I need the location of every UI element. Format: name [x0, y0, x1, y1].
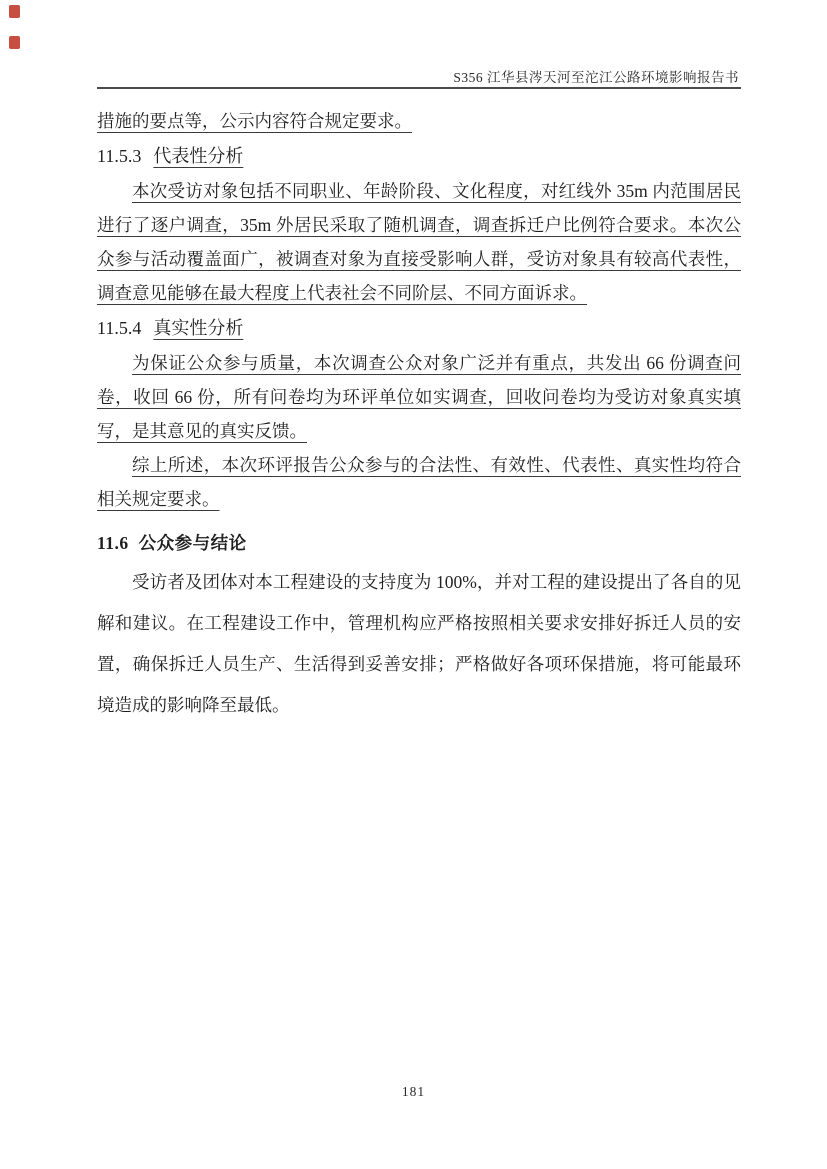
heading-number: 11.6	[97, 533, 129, 553]
heading-title: 公众参与结论	[139, 533, 247, 553]
heading-11-6: 11.6公众参与结论	[97, 528, 741, 558]
page-number: 181	[0, 1084, 827, 1100]
document-body: 措施的要点等，公示内容符合规定要求。 11.5.3代表性分析 本次受访对象包括不…	[97, 104, 741, 726]
paragraph-conclusion: 受访者及团体对本工程建设的支持度为 100%，并对工程的建设提出了各自的见解和建…	[97, 562, 741, 726]
heading-11-5-4: 11.5.4真实性分析	[97, 313, 741, 343]
red-annotation-mark-icon	[9, 36, 20, 49]
heading-11-5-3: 11.5.3代表性分析	[97, 141, 741, 171]
heading-title: 代表性分析	[153, 146, 243, 166]
red-annotation-mark-icon	[9, 5, 20, 18]
heading-number: 11.5.4	[97, 318, 141, 338]
document-page: S356 江华县涔天河至沱江公路环境影响报告书 措施的要点等，公示内容符合规定要…	[0, 0, 827, 1169]
paragraph-representativeness: 本次受访对象包括不同职业、年龄阶段、文化程度，对红线外 35m 内范围居民进行了…	[97, 174, 741, 310]
heading-title: 真实性分析	[153, 318, 243, 338]
heading-number: 11.5.3	[97, 146, 141, 166]
paragraph-authenticity: 为保证公众参与质量，本次调查公众对象广泛并有重点，共发出 66 份调查问卷，收回…	[97, 346, 741, 448]
paragraph-summary: 综上所述，本次环评报告公众参与的合法性、有效性、代表性、真实性均符合相关规定要求…	[97, 448, 741, 516]
paragraph-continuation: 措施的要点等，公示内容符合规定要求。	[97, 104, 741, 138]
page-header-title: S356 江华县涔天河至沱江公路环境影响报告书	[453, 66, 739, 86]
header-rule	[97, 87, 741, 89]
